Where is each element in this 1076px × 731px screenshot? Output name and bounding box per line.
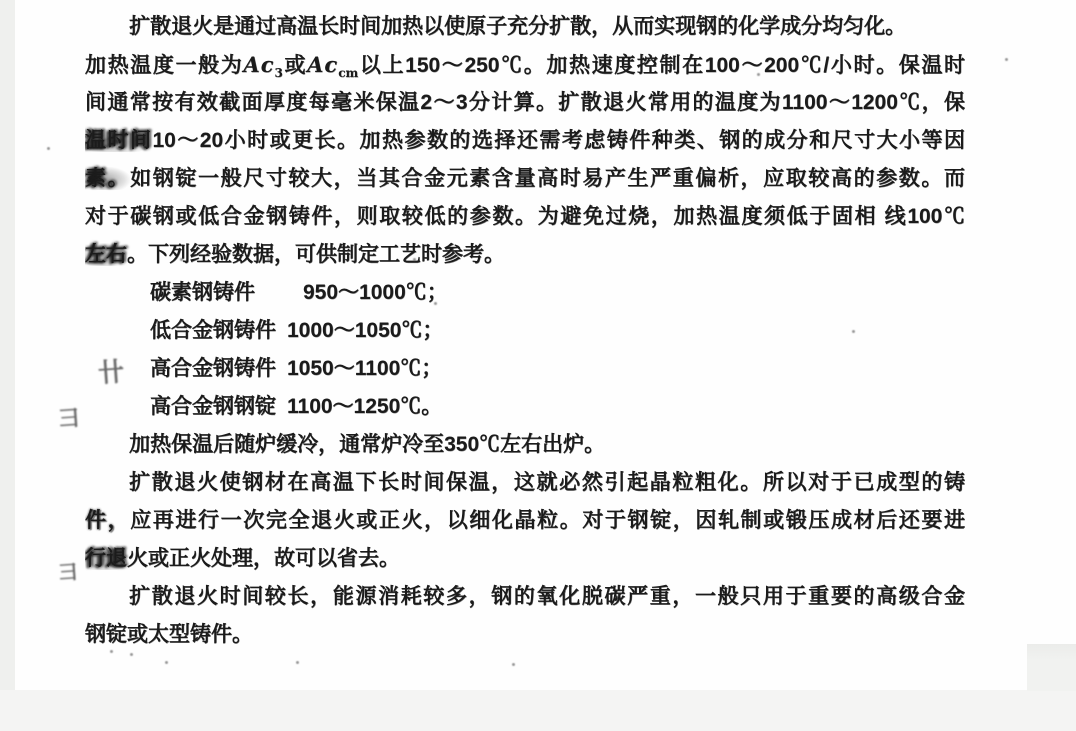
text-segment: 10～20小时或更长。加热参数的选择还需考虑铸件种类、钢的成分和尺寸大小等因 (152, 129, 965, 152)
para-diffusion-annealing-params: 扩散退火是通过高温长时间加热以使原子充分扩散，从而实现钢的化学成分均匀化。加热温… (85, 8, 965, 274)
text-segment: Ac (243, 52, 274, 77)
list-row: 碳素钢铸件950～1000℃； (85, 274, 965, 312)
scan-speck (130, 653, 133, 656)
scan-speck (512, 663, 515, 666)
scan-speck (1005, 58, 1008, 61)
text-line: 间通常按有效截面厚度每毫米保温2～3分计算。扩散退火常用的温度为1100～120… (85, 84, 965, 122)
ink-smudge-mark: 卄 (97, 351, 126, 390)
text-segment: 件， (85, 509, 130, 532)
list-temperature-range: 950～1000℃； (303, 274, 448, 312)
text-segment: cm (338, 66, 358, 80)
text-line: 左右。下列经验数据，可供制定工艺时参考。 (85, 236, 965, 274)
text-segment: 扩散退火时间较长，能源消耗较多，钢的氧化脱碳严重，一般只用于重要的高级合金 (129, 585, 965, 608)
text-segment: 扩散退火是通过高温长时间加热以使原子充分扩散，从而实现钢的化学成分均匀化。 (129, 15, 906, 38)
text-segment: 以上150～250℃。加热速度控制在100～200℃/小时。保温时 (358, 54, 965, 77)
scan-speck (47, 147, 50, 150)
scan-speck (267, 258, 270, 261)
text-line: 扩散退火使钢材在高温下长时间保温，这就必然引起晶粒粗化。所以对于已成型的铸 (85, 464, 965, 502)
scan-speck (296, 661, 299, 664)
text-segment: 加热温度一般为 (85, 54, 243, 77)
text-line: 对于碳钢或低合金钢铸件，则取较低的参数。为避免过烧，加热温度须低于固相 线100… (85, 198, 965, 236)
list-row: 高合金钢铸件1050～1100℃； (85, 350, 965, 388)
list-label: 低合金钢铸件 (150, 312, 287, 350)
text-line: 扩散退火时间较长，能源消耗较多，钢的氧化脱碳严重，一般只用于重要的高级合金 (85, 578, 965, 616)
text-line: 素。如钢锭一般尺寸较大，当其合金元素含量高时易产生严重偏析，应取较高的参数。而 (85, 160, 965, 198)
text-line: 扩散退火是通过高温长时间加热以使原子充分扩散，从而实现钢的化学成分均匀化。 (85, 8, 965, 46)
document-content: 扩散退火是通过高温长时间加热以使原子充分扩散，从而实现钢的化学成分均匀化。加热温… (85, 8, 965, 654)
text-segment: 温时间 (85, 129, 152, 152)
scanned-page: 扩散退火是通过高温长时间加热以使原子充分扩散，从而实现钢的化学成分均匀化。加热温… (0, 0, 1076, 731)
scan-speck (413, 258, 416, 261)
text-segment: 如钢锭一般尺寸较大，当其合金元素含量高时易产生严重偏析，应取较高的参数。而 (130, 167, 965, 190)
ink-smudge-mark: 彐 (57, 555, 79, 585)
text-segment: Ac (307, 52, 338, 77)
text-line: 行退火或正火处理，故可以省去。 (85, 540, 965, 578)
text-line: 件，应再进行一次完全退火或正火，以细化晶粒。对于钢锭，因轧制或锻压成材后还要进 (85, 502, 965, 540)
scan-speck (180, 258, 183, 261)
scan-speck (852, 330, 855, 333)
scan-speck (757, 73, 760, 76)
text-segment: 行退 (85, 547, 127, 570)
list-label: 碳素钢铸件 (150, 274, 287, 312)
scanner-bottom-margin (0, 690, 1076, 731)
text-line: 加热保温后随炉缓冷，通常炉冷至350℃左右出炉。 (85, 426, 965, 464)
text-segment: 火或正火处理，故可以省去。 (127, 547, 400, 570)
text-segment: 扩散退火使钢材在高温下长时间保温，这就必然引起晶粒粗化。所以对于已成型的铸 (129, 471, 965, 494)
para-cost-limitations: 扩散退火时间较长，能源消耗较多，钢的氧化脱碳严重，一般只用于重要的高级合金钢锭或… (85, 578, 965, 654)
text-segment: 钢锭或太型铸件。 (85, 623, 253, 646)
text-segment: 对于碳钢或低合金钢铸件，则取较低的参数。为避免过烧，加热温度须低于固相 线100… (85, 205, 965, 228)
list-temperature-range: 1100～1250℃。 (287, 388, 442, 426)
text-segment: 或 (283, 54, 307, 77)
list-label: 高合金钢铸件 (150, 350, 287, 388)
scanner-left-margin (0, 0, 15, 731)
text-segment: 。下列经验数据，可供制定工艺时参考。 (127, 243, 505, 266)
para-furnace-cooling: 加热保温后随炉缓冷，通常炉冷至350℃左右出炉。 (85, 426, 965, 464)
list-label: 高合金钢钢锭 (150, 388, 287, 426)
list-row: 高合金钢钢锭1100～1250℃。 (85, 388, 965, 426)
text-line: 加热温度一般为Ac3或Accm以上150～250℃。加热速度控制在100～200… (85, 46, 965, 84)
text-segment: 左右 (85, 243, 127, 266)
list-temperature-range: 1050～1100℃； (287, 350, 442, 388)
scan-speck (110, 650, 113, 653)
scan-speck (165, 661, 168, 664)
scan-speck (434, 302, 437, 305)
temperature-reference-list: 碳素钢铸件950～1000℃；低合金钢铸件1000～1050℃；高合金钢铸件10… (85, 274, 965, 426)
text-segment: 间通常按有效截面厚度每毫米保温2～3分计算。扩散退火常用的温度为1100～120… (85, 91, 965, 114)
text-segment: 应再进行一次完全退火或正火，以细化晶粒。对于钢锭，因轧制或锻压成材后还要进 (130, 509, 965, 532)
text-line: 温时间10～20小时或更长。加热参数的选择还需考虑铸件种类、钢的成分和尺寸大小等… (85, 122, 965, 160)
list-temperature-range: 1000～1050℃； (287, 312, 443, 350)
ink-smudge-mark: 彐 (57, 401, 81, 433)
text-segment: 加热保温后随炉缓冷，通常炉冷至350℃左右出炉。 (129, 433, 605, 456)
text-segment: 素。 (85, 167, 130, 190)
text-segment: 3 (275, 66, 283, 80)
scanner-corner-shadow (1027, 644, 1076, 691)
text-line: 钢锭或太型铸件。 (85, 616, 965, 654)
para-grain-coarsening: 扩散退火使钢材在高温下长时间保温，这就必然引起晶粒粗化。所以对于已成型的铸件，应… (85, 464, 965, 578)
list-row: 低合金钢铸件1000～1050℃； (85, 312, 965, 350)
